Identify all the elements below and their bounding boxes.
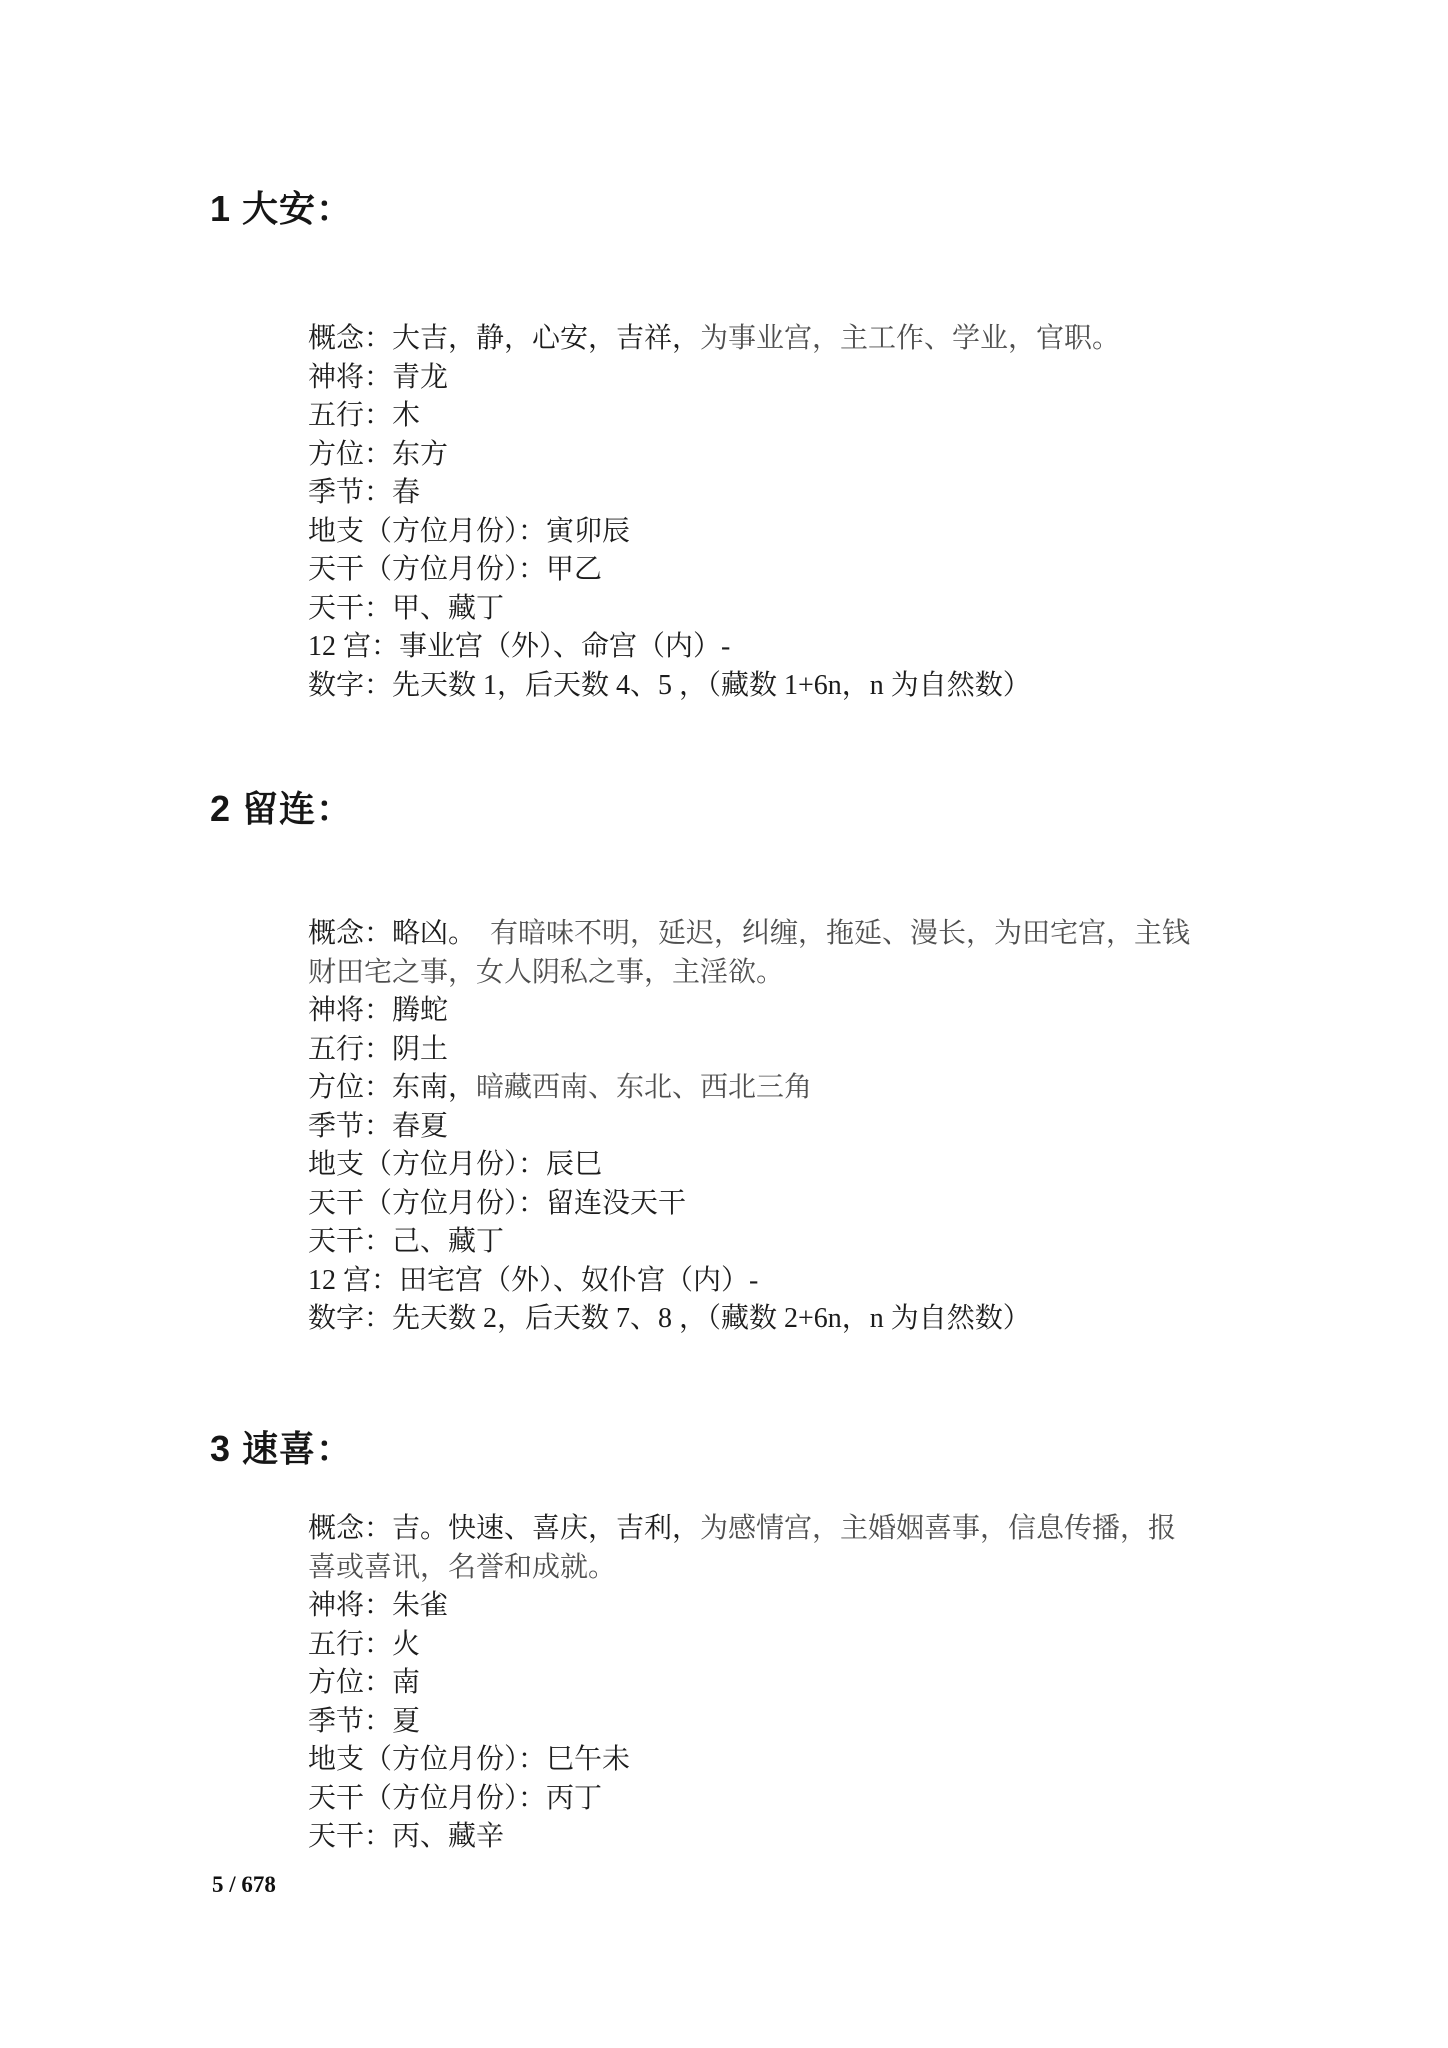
text-line: 数字：先天数 1，后天数 4、5 ，（藏数 1+6n，n 为自然数） — [308, 667, 1120, 706]
section-heading: 2 留连： — [210, 786, 353, 832]
text-segment: 方位：南 — [308, 1667, 420, 1698]
text-segment: 季节：春夏 — [308, 1111, 448, 1142]
text-line: 天干（方位月份）：留连没天干 — [308, 1185, 1190, 1224]
text-line: 神将：青龙 — [308, 359, 1120, 398]
text-segment: 天干（方位月份）：留连没天干 — [308, 1188, 686, 1219]
text-segment: 概念：略凶。 — [308, 918, 462, 949]
text-line: 方位：东方 — [308, 436, 1120, 475]
text-segment: 方位：东南， — [308, 1072, 476, 1103]
text-segment: 数字：先天数 1，后天数 4、5 ，（藏数 1+6n，n 为自然数） — [308, 670, 1031, 701]
text-line: 季节：夏 — [308, 1703, 1176, 1742]
text-line: 方位：东南，暗藏西南、东北、西北三角 — [308, 1069, 1190, 1108]
text-segment: 天干（方位月份）：甲乙 — [308, 554, 602, 585]
text-line: 天干：己、藏丁 — [308, 1223, 1190, 1262]
text-segment: 五行：火 — [308, 1629, 420, 1660]
text-segment: 五行：木 — [308, 400, 420, 431]
text-segment: 神将：腾蛇 — [308, 995, 448, 1026]
text-segment: 天干：丙、藏辛 — [308, 1821, 504, 1852]
text-line: 神将：朱雀 — [308, 1587, 1176, 1626]
text-segment: 天干：己、藏丁 — [308, 1226, 504, 1257]
text-line: 地支（方位月份）：巳午未 — [308, 1741, 1176, 1780]
text-segment: 地支（方位月份）：寅卯辰 — [308, 516, 630, 547]
text-line: 天干（方位月份）：甲乙 — [308, 551, 1120, 590]
text-segment: 为感情宫，主婚姻喜事，信息传播，报 — [700, 1513, 1176, 1544]
text-segment: 有暗味不明，延迟，纠缠，拖延、漫长，为田宅宫，主钱 — [462, 918, 1190, 949]
text-segment: 喜或喜讯，名誉和成就。 — [308, 1552, 616, 1583]
text-segment: 12 宫：田宅宫（外）、奴仆宫（内）- — [308, 1265, 758, 1296]
section-heading: 1 大安： — [210, 186, 353, 232]
text-segment: 方位：东方 — [308, 439, 448, 470]
text-segment: 季节：春 — [308, 477, 420, 508]
text-line: 天干：甲、藏丁 — [308, 590, 1120, 629]
text-segment: 五行：阴土 — [308, 1034, 448, 1065]
text-line: 地支（方位月份）：寅卯辰 — [308, 513, 1120, 552]
text-line: 12 宫：田宅宫（外）、奴仆宫（内）- — [308, 1262, 1190, 1301]
text-line: 财田宅之事，女人阴私之事，主淫欲。 — [308, 954, 1190, 993]
text-segment: 12 宫：事业宫（外）、命宫（内）- — [308, 631, 730, 662]
section-body: 概念：略凶。 有暗味不明，延迟，纠缠，拖延、漫长，为田宅宫，主钱财田宅之事，女人… — [308, 915, 1190, 1339]
section-body: 概念：吉。快速、喜庆，吉利，为感情宫，主婚姻喜事，信息传播，报喜或喜讯，名誉和成… — [308, 1510, 1176, 1857]
text-line: 12 宫：事业宫（外）、命宫（内）- — [308, 628, 1120, 667]
text-segment: 神将：青龙 — [308, 362, 448, 393]
text-line: 概念：略凶。 有暗味不明，延迟，纠缠，拖延、漫长，为田宅宫，主钱 — [308, 915, 1190, 954]
section-heading: 3 速喜： — [210, 1426, 353, 1472]
text-segment: 地支（方位月份）：辰巳 — [308, 1149, 602, 1180]
text-line: 概念：吉。快速、喜庆，吉利，为感情宫，主婚姻喜事，信息传播，报 — [308, 1510, 1176, 1549]
text-line: 五行：阴土 — [308, 1031, 1190, 1070]
text-line: 天干（方位月份）：丙丁 — [308, 1780, 1176, 1819]
text-segment: 暗藏西南、东北、西北三角 — [476, 1072, 812, 1103]
text-segment: 天干：甲、藏丁 — [308, 593, 504, 624]
text-segment: 地支（方位月份）：巳午未 — [308, 1744, 630, 1775]
text-line: 五行：木 — [308, 397, 1120, 436]
text-segment: 神将：朱雀 — [308, 1590, 448, 1621]
section-body: 概念：大吉，静，心安，吉祥，为事业宫，主工作、学业，官职。神将：青龙五行：木方位… — [308, 320, 1120, 705]
page-number: 5 / 678 — [212, 1872, 276, 1898]
text-line: 五行：火 — [308, 1626, 1176, 1665]
text-line: 季节：春夏 — [308, 1108, 1190, 1147]
text-line: 方位：南 — [308, 1664, 1176, 1703]
document-page: 1 大安： 概念：大吉，静，心安，吉祥，为事业宫，主工作、学业，官职。神将：青龙… — [0, 0, 1448, 2048]
text-segment: 为事业宫，主工作、学业，官职。 — [700, 323, 1120, 354]
text-segment: 数字：先天数 2，后天数 7、8 ，（藏数 2+6n，n 为自然数） — [308, 1303, 1031, 1334]
text-segment: 概念：大吉，静，心安，吉祥， — [308, 323, 700, 354]
text-line: 概念：大吉，静，心安，吉祥，为事业宫，主工作、学业，官职。 — [308, 320, 1120, 359]
text-segment: 财田宅之事，女人阴私之事，主淫欲。 — [308, 957, 784, 988]
text-line: 神将：腾蛇 — [308, 992, 1190, 1031]
text-segment: 季节：夏 — [308, 1706, 420, 1737]
text-line: 喜或喜讯，名誉和成就。 — [308, 1549, 1176, 1588]
text-segment: 天干（方位月份）：丙丁 — [308, 1783, 602, 1814]
text-line: 数字：先天数 2，后天数 7、8 ，（藏数 2+6n，n 为自然数） — [308, 1300, 1190, 1339]
text-line: 季节：春 — [308, 474, 1120, 513]
text-line: 地支（方位月份）：辰巳 — [308, 1146, 1190, 1185]
text-segment: 概念：吉。快速、喜庆，吉利， — [308, 1513, 700, 1544]
text-line: 天干：丙、藏辛 — [308, 1818, 1176, 1857]
